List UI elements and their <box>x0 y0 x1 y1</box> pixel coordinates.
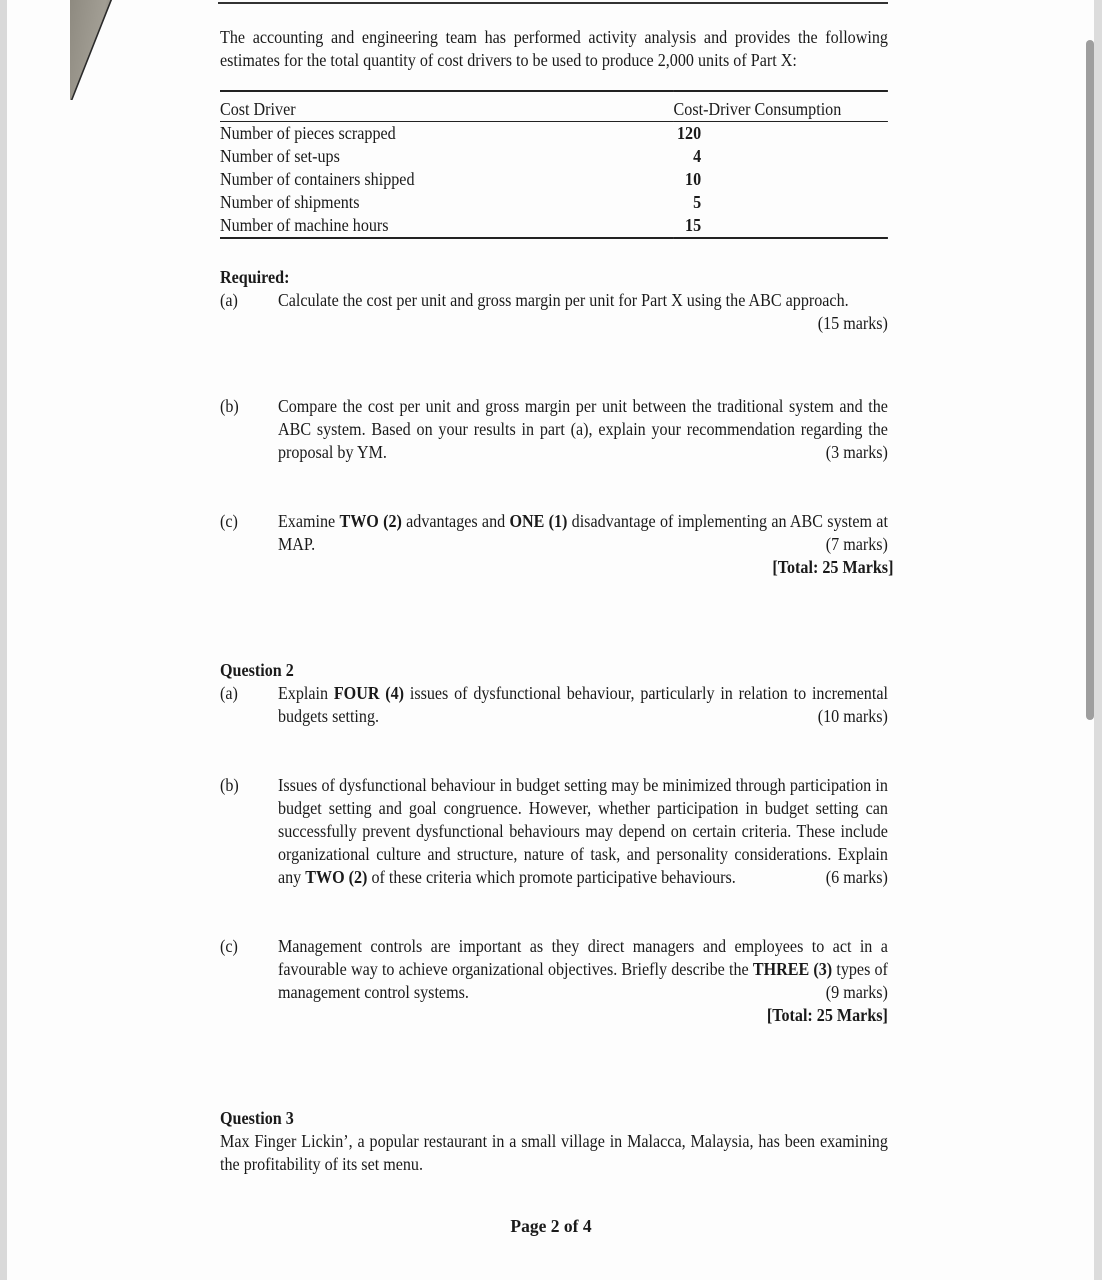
cost-driver-name: Number of set-ups <box>220 145 674 168</box>
cost-driver-table: Cost Driver Cost-Driver Consumption Numb… <box>220 90 888 239</box>
scrollbar-track[interactable] <box>1094 0 1102 1280</box>
part-label: (c) <box>220 935 278 1004</box>
marks: (10 marks) <box>818 705 888 728</box>
q1-part-b: (b) Compare the cost per unit and gross … <box>220 395 888 464</box>
previous-table-bottom-rule <box>218 2 888 4</box>
q1-part-c: (c) Examine TWO (2) advantages and ONE (… <box>220 510 888 556</box>
part-text: Compare the cost per unit and gross marg… <box>278 395 888 464</box>
q1-part-a: (a) Calculate the cost per unit and gros… <box>220 289 888 335</box>
intro-paragraph: The accounting and engineering team has … <box>220 26 888 72</box>
part-label: (a) <box>220 682 278 728</box>
cost-driver-consumption: 15 <box>674 214 888 238</box>
part-text: Management controls are important as the… <box>278 935 888 1004</box>
question-3-text: Max Finger Lickin’, a popular restaurant… <box>220 1130 888 1176</box>
marks: (15 marks) <box>278 312 888 335</box>
cost-driver-consumption: 10 <box>674 168 888 191</box>
part-text: Issues of dysfunctional behaviour in bud… <box>278 774 888 889</box>
q1-total: [Total: 25 Marks] <box>220 556 893 579</box>
q2-part-b: (b) Issues of dysfunctional behaviour in… <box>220 774 888 889</box>
table-header-row: Cost Driver Cost-Driver Consumption <box>220 91 888 122</box>
cost-driver-consumption: 120 <box>674 122 888 146</box>
question-3-title: Question 3 <box>220 1107 888 1130</box>
cost-driver-name: Number of containers shipped <box>220 168 674 191</box>
marks: (7 marks) <box>826 533 888 556</box>
cost-driver-name: Number of shipments <box>220 191 674 214</box>
part-text: Explain FOUR (4) issues of dysfunctional… <box>278 682 888 728</box>
q2-total: [Total: 25 Marks] <box>220 1004 888 1027</box>
required-label: Required: <box>220 266 888 289</box>
part-label: (c) <box>220 510 278 556</box>
part-label: (a) <box>220 289 278 335</box>
part-text: Examine TWO (2) advantages and ONE (1) d… <box>278 510 888 556</box>
marks: (3 marks) <box>826 441 888 464</box>
q2-part-a: (a) Explain FOUR (4) issues of dysfuncti… <box>220 682 888 728</box>
cost-driver-name: Number of pieces scrapped <box>220 122 674 146</box>
cost-driver-consumption: 5 <box>674 191 888 214</box>
marks: (9 marks) <box>826 981 888 1004</box>
cost-driver-name: Number of machine hours <box>220 214 674 238</box>
part-label: (b) <box>220 774 278 889</box>
table-row: Number of pieces scrapped120 <box>220 122 888 146</box>
part-text: Calculate the cost per unit and gross ma… <box>278 289 888 312</box>
table-row: Number of shipments5 <box>220 191 888 214</box>
cost-driver-consumption: 4 <box>674 145 888 168</box>
scrollbar-thumb[interactable] <box>1086 40 1094 720</box>
table-row: Number of machine hours15 <box>220 214 888 238</box>
header-consumption: Cost-Driver Consumption <box>674 91 888 122</box>
question-2-title: Question 2 <box>220 659 888 682</box>
page-number: Page 2 of 4 <box>0 1216 1102 1237</box>
part-label: (b) <box>220 395 278 464</box>
table-row: Number of containers shipped10 <box>220 168 888 191</box>
header-cost-driver: Cost Driver <box>220 91 674 122</box>
exam-page: The accounting and engineering team has … <box>220 26 835 1176</box>
q2-part-c: (c) Management controls are important as… <box>220 935 888 1004</box>
table-row: Number of set-ups4 <box>220 145 888 168</box>
marks: (6 marks) <box>826 866 888 889</box>
